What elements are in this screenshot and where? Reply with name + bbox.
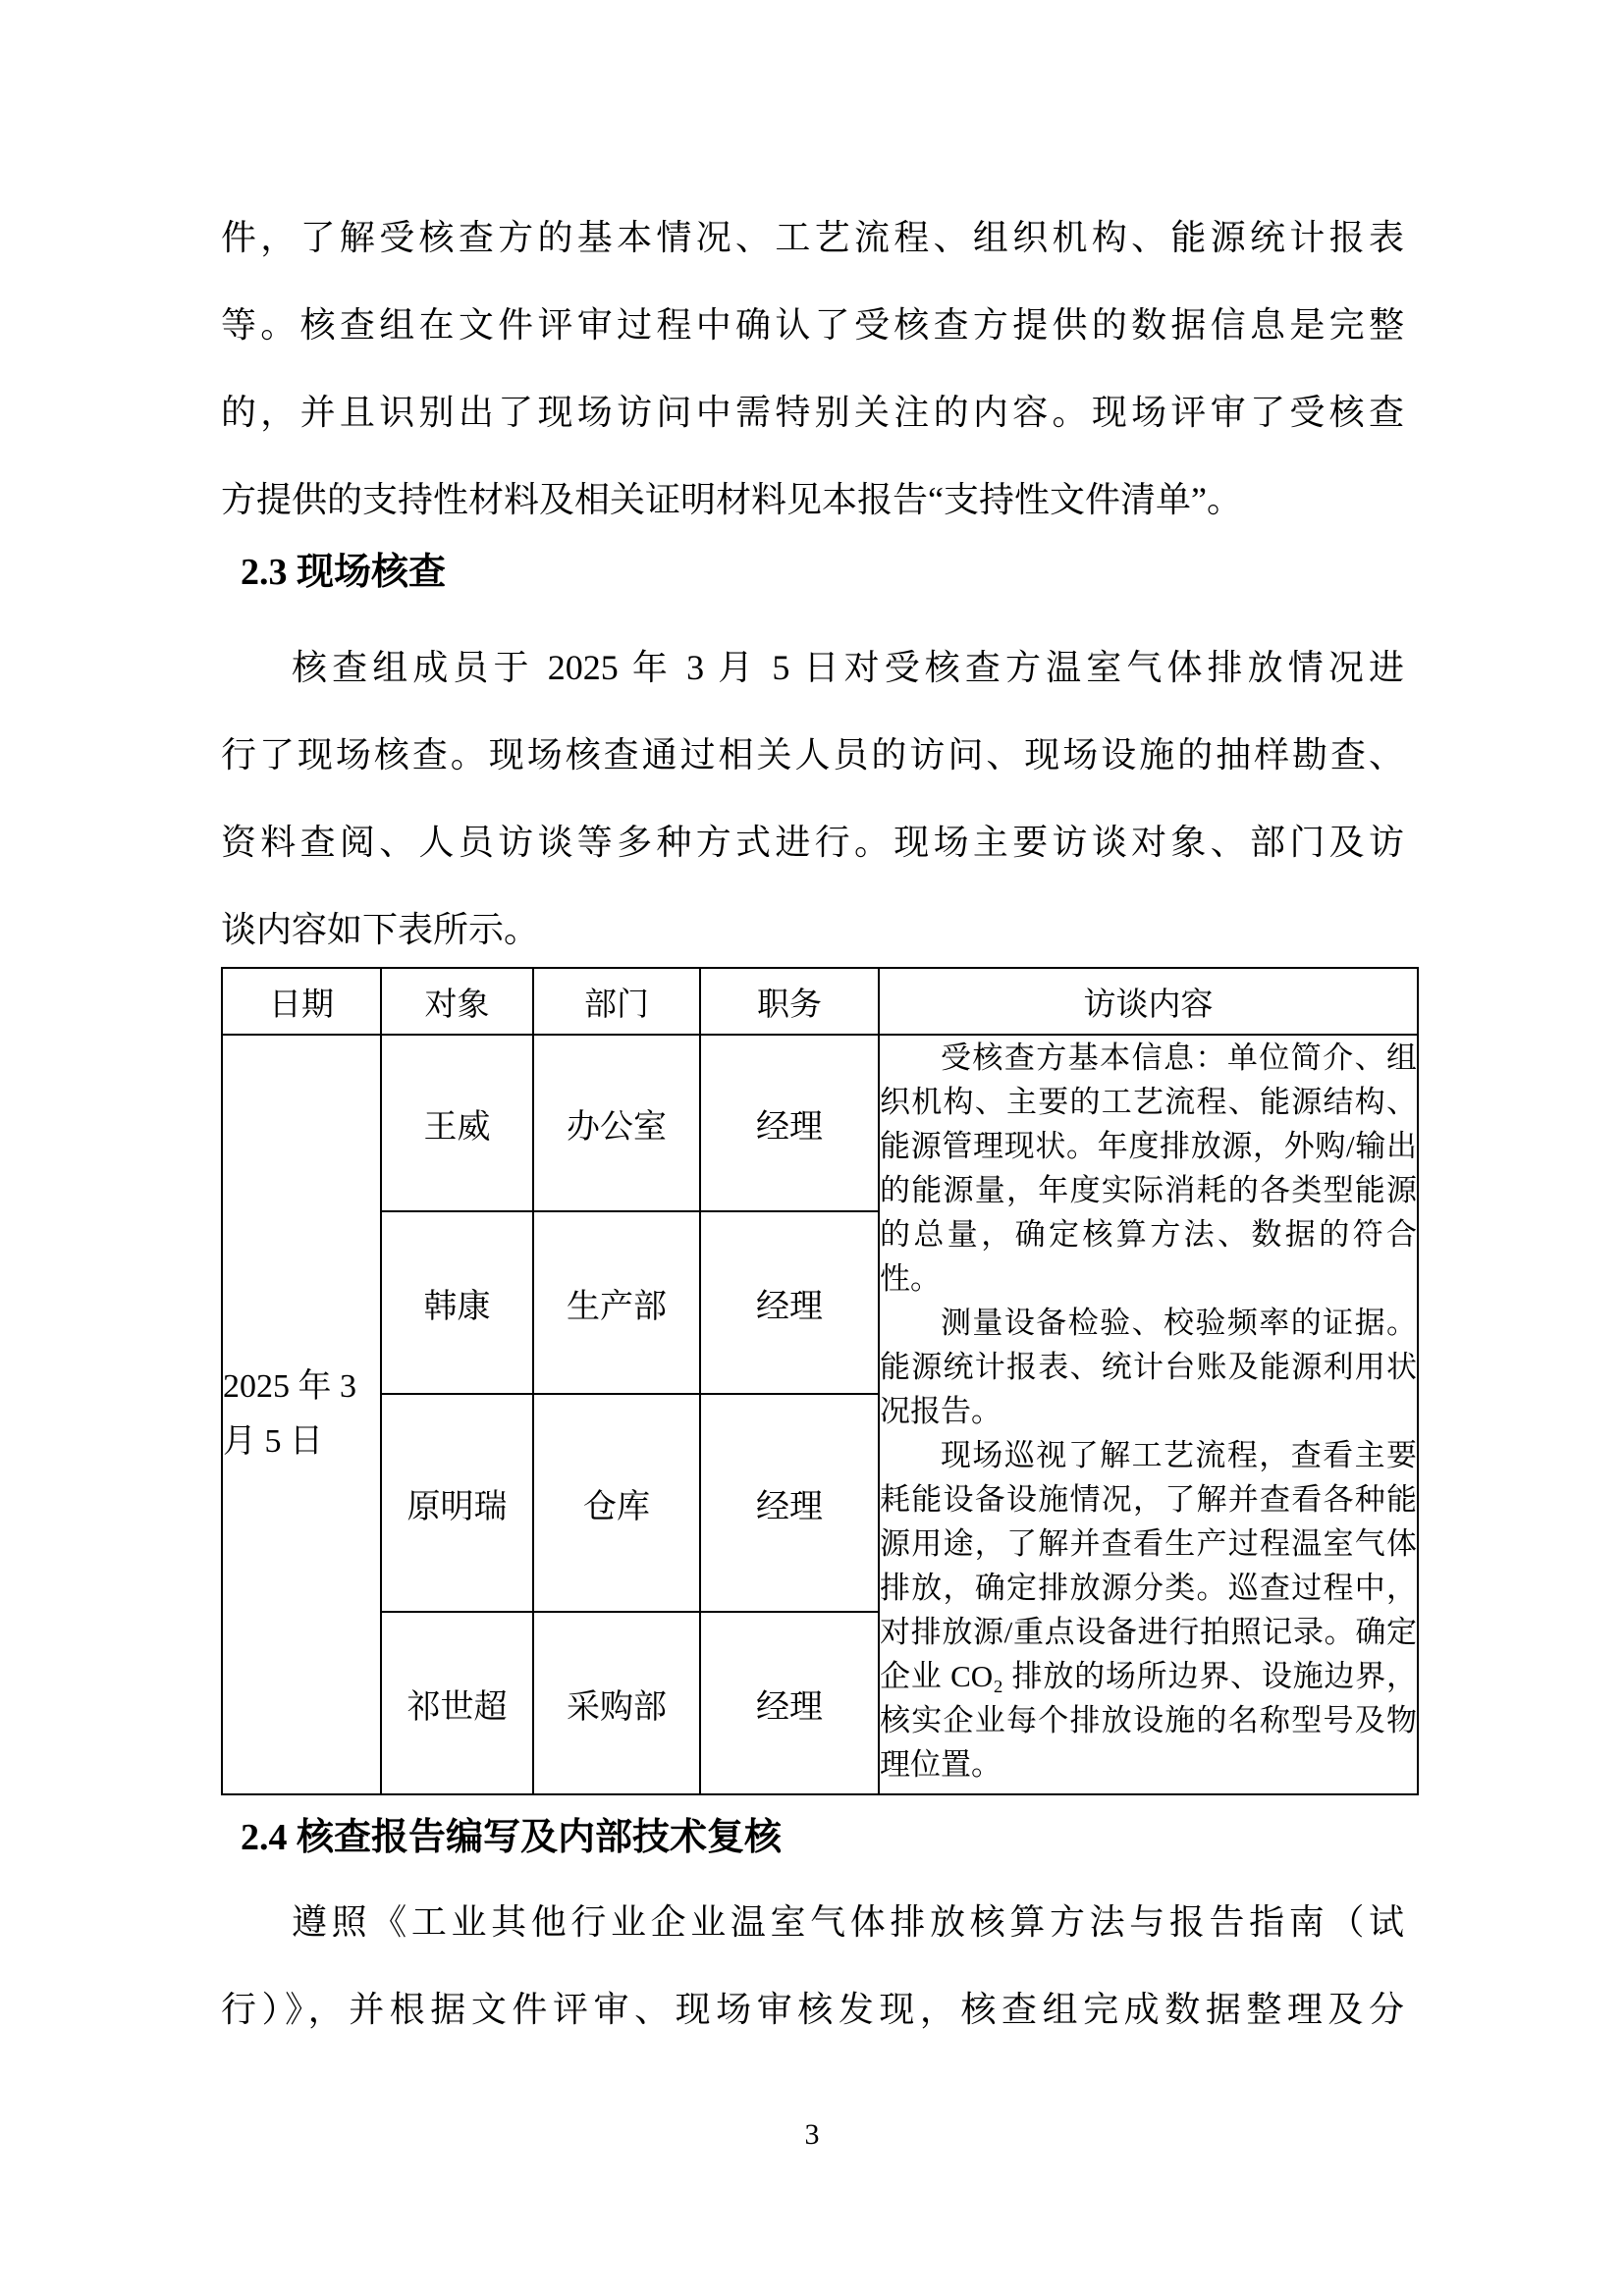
cell-position: 经理 xyxy=(700,1211,879,1394)
paragraph-report-writing: 遵照《工业其他行业企业温室气体排放核算方法与报告指南（试 行）》，并根据文件评审… xyxy=(221,1879,1404,2054)
paragraph-onsite-verification: 核查组成员于 2025 年 3 月 5 日对受核查方温室气体排放情况进 行了现场… xyxy=(221,624,1404,974)
text-line: 遵照《工业其他行业企业温室气体排放核算方法与报告指南（试 xyxy=(221,1879,1404,1966)
text-line: 行）》，并根据文件评审、现场审核发现，核查组完成数据整理及分 xyxy=(221,1966,1404,2054)
document-page: 件，了解受核查方的基本情况、工艺流程、组织机构、能源统计报表 等。核查组在文件评… xyxy=(0,0,1624,2296)
text-line: 资料查阅、人员访谈等多种方式进行。现场主要访谈对象、部门及访 xyxy=(221,799,1404,886)
cell-department: 采购部 xyxy=(533,1612,700,1794)
paragraph-continuation: 件，了解受核查方的基本情况、工艺流程、组织机构、能源统计报表 等。核查组在文件评… xyxy=(221,194,1404,544)
cell-person: 王威 xyxy=(381,1035,533,1211)
interview-content-paragraph: 测量设备检验、校验频率的证据。能源统计报表、统计台账及能源利用状况报告。 xyxy=(880,1301,1417,1433)
col-header-department: 部门 xyxy=(533,968,700,1035)
cell-position: 经理 xyxy=(700,1394,879,1612)
text-line: 的，并且识别出了现场访问中需特别关注的内容。现场评审了受核查 xyxy=(221,369,1404,456)
col-header-person: 对象 xyxy=(381,968,533,1035)
col-header-position: 职务 xyxy=(700,968,879,1035)
section-heading-2-4: 2.4 核查报告编写及内部技术复核 xyxy=(241,1811,782,1864)
text-line: 谈内容如下表所示。 xyxy=(221,886,1404,974)
text-line: 等。核查组在文件评审过程中确认了受核查方提供的数据信息是完整 xyxy=(221,282,1404,369)
page-number: 3 xyxy=(0,2118,1624,2152)
col-header-content: 访谈内容 xyxy=(879,968,1418,1035)
cell-position: 经理 xyxy=(700,1612,879,1794)
interview-table: 日期 对象 部门 职务 访谈内容 2025 年 3 月 5 日 王威 办公室 经… xyxy=(221,967,1419,1795)
cell-department: 生产部 xyxy=(533,1211,700,1394)
cell-interview-content: 受核查方基本信息：单位简介、组织机构、主要的工艺流程、能源结构、能源管理现状。年… xyxy=(879,1035,1418,1794)
table-row: 2025 年 3 月 5 日 王威 办公室 经理 受核查方基本信息：单位简介、组… xyxy=(222,1035,1418,1211)
interview-content-paragraph: 受核查方基本信息：单位简介、组织机构、主要的工艺流程、能源结构、能源管理现状。年… xyxy=(880,1036,1417,1301)
cell-department: 仓库 xyxy=(533,1394,700,1612)
text-line: 件，了解受核查方的基本情况、工艺流程、组织机构、能源统计报表 xyxy=(221,194,1404,282)
cell-department: 办公室 xyxy=(533,1035,700,1211)
cell-person: 韩康 xyxy=(381,1211,533,1394)
table-header-row: 日期 对象 部门 职务 访谈内容 xyxy=(222,968,1418,1035)
cell-position: 经理 xyxy=(700,1035,879,1211)
col-header-date: 日期 xyxy=(222,968,381,1035)
cell-person: 原明瑞 xyxy=(381,1394,533,1612)
interview-content-paragraph: 现场巡视了解工艺流程，查看主要耗能设备设施情况，了解并查看各种能源用途，了解并查… xyxy=(880,1433,1417,1787)
section-heading-2-3: 2.3 现场核查 xyxy=(241,546,446,599)
text-line: 行了现场核查。现场核查通过相关人员的访问、现场设施的抽样勘查、 xyxy=(221,712,1404,799)
cell-person: 祁世超 xyxy=(381,1612,533,1794)
text-line: 核查组成员于 2025 年 3 月 5 日对受核查方温室气体排放情况进 xyxy=(221,624,1404,712)
text-line: 方提供的支持性材料及相关证明材料见本报告“支持性文件清单”。 xyxy=(221,456,1404,544)
cell-date: 2025 年 3 月 5 日 xyxy=(222,1035,381,1794)
